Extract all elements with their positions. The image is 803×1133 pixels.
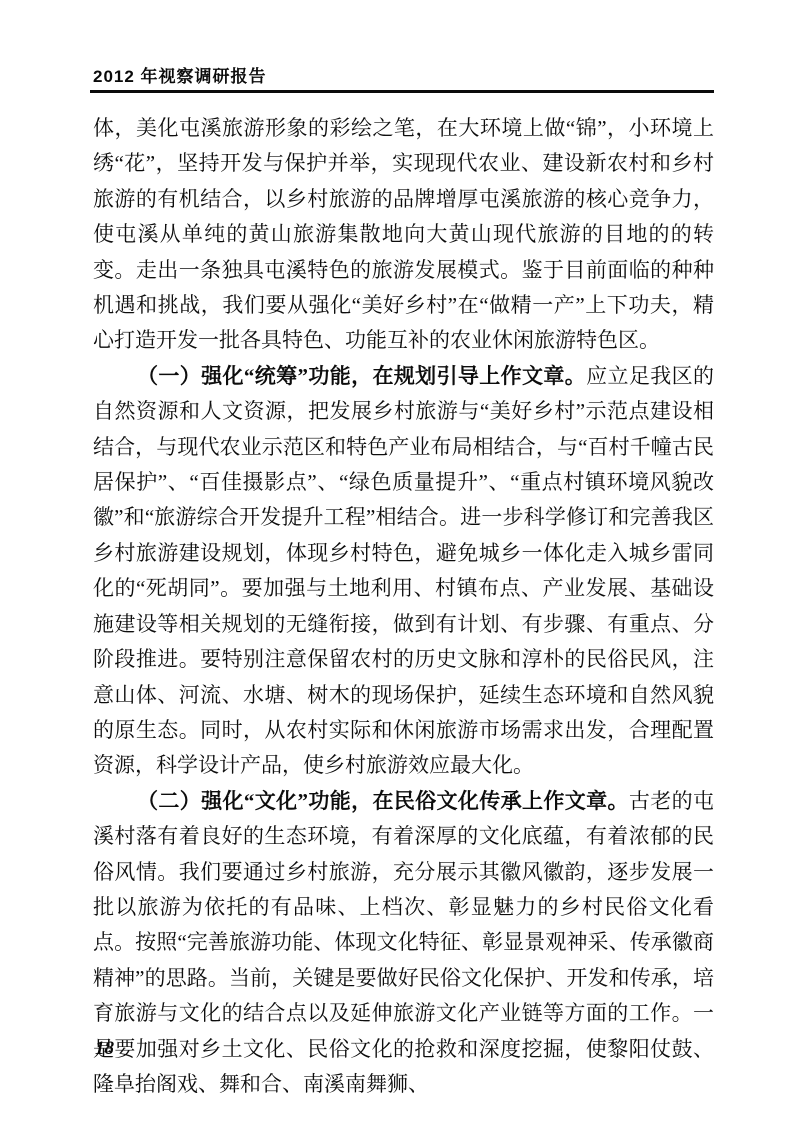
paragraph: 体，美化屯溪旅游形象的彩绘之笔，在大环境上做“锦”，小环境上绣“花”，坚持开发与… bbox=[93, 111, 714, 359]
header-rule bbox=[90, 90, 714, 93]
paragraph-text: 古老的屯溪村落有着良好的生态环境，有着深厚的文化底蕴，有着浓郁的民俗风情。我们要… bbox=[93, 789, 714, 1096]
document-paragraphs: 体，美化屯溪旅游形象的彩绘之笔，在大环境上做“锦”，小环境上绣“花”，坚持开发与… bbox=[93, 111, 714, 1102]
paragraph-lead-heading: （一）强化“统筹”功能，在规划引导上作文章。 bbox=[137, 364, 586, 388]
paragraph-text: 体，美化屯溪旅游形象的彩绘之笔，在大环境上做“锦”，小环境上绣“花”，坚持开发与… bbox=[93, 116, 714, 352]
page-number: 18 bbox=[95, 1038, 114, 1060]
paragraph-lead-heading: （二）强化“文化”功能，在民俗文化传承上作文章。 bbox=[137, 789, 629, 813]
paragraph: （二）强化“文化”功能，在民俗文化传承上作文章。古老的屯溪村落有着良好的生态环境… bbox=[93, 784, 714, 1103]
paragraph: （一）强化“统筹”功能，在规划引导上作文章。应立足我区的自然资源和人文资源，把发… bbox=[93, 359, 714, 784]
page-header-title: 2012 年视察调研报告 bbox=[93, 62, 267, 87]
paragraph-text: 应立足我区的自然资源和人文资源，把发展乡村旅游与“美好乡村”示范点建设相结合，与… bbox=[93, 364, 714, 777]
document-page: 2012 年视察调研报告 体，美化屯溪旅游形象的彩绘之笔，在大环境上做“锦”，小… bbox=[0, 0, 803, 1133]
